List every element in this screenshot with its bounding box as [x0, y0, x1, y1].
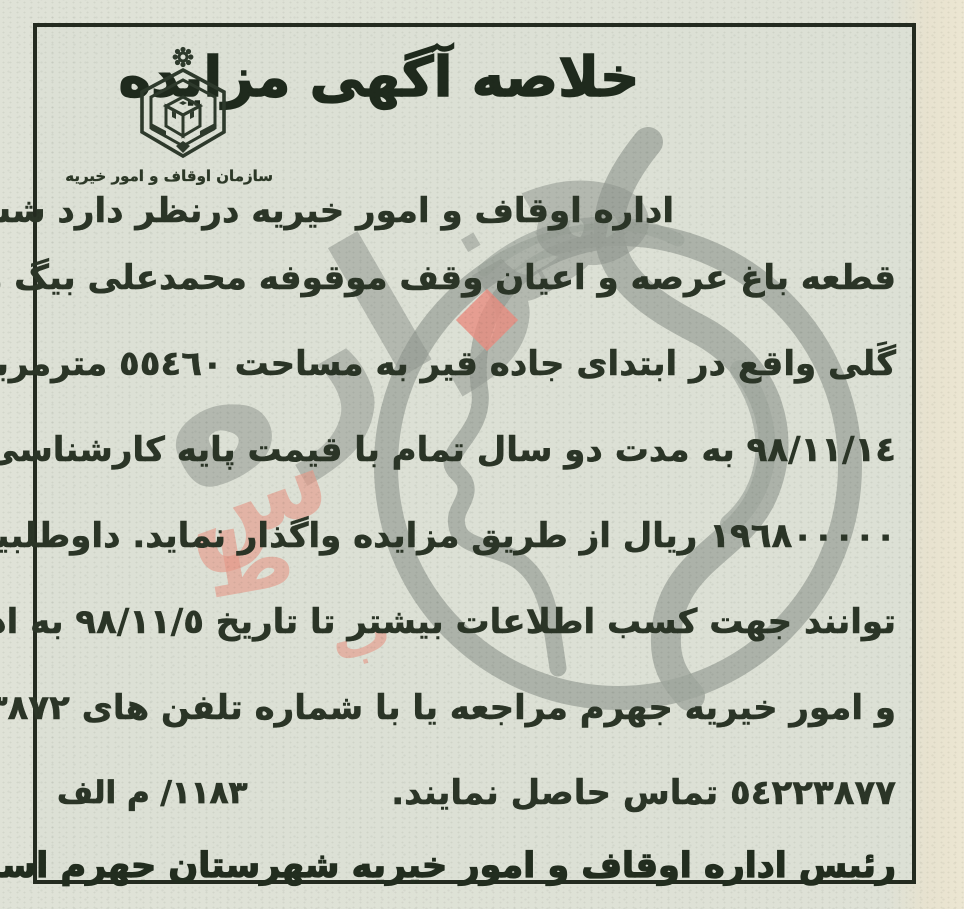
notice-content: سازمان اوقاف و امور خیریه خلاصه آگهی مزا… [37, 27, 912, 905]
closing-line: ٥٤٢٢٣٨٧٧ تماس حاصل نمایند. [391, 773, 896, 813]
awqaf-org-emblem: سازمان اوقاف و امور خیریه [93, 45, 273, 185]
newspaper-page: { "notice": { "title": "خلاصه آگهی مزاید… [0, 0, 964, 909]
body-line: ٩٨/١١/١٤ به مدت دو سال تمام با قیمت پایه… [57, 407, 896, 493]
body-line: و امور خیریه جهرم مراجعه یا با شماره تلف… [57, 665, 896, 751]
notice-header: سازمان اوقاف و امور خیریه خلاصه آگهی مزا… [57, 43, 896, 235]
body-line: قطعه باغ عرصه و اعیان وقف موقوفه محمدعلی… [57, 235, 896, 321]
signature-line: رئیس اداره اوقاف و امور خیریه شهرستان جه… [57, 835, 896, 905]
closing-row: ٥٤٢٢٣٨٧٧ تماس حاصل نمایند. ١١٨٣/ م الف [57, 751, 896, 835]
awqaf-emblem-icon [117, 45, 249, 163]
body-line: توانند جهت کسب اطلاعات بیشتر تا تاریخ ٩٨… [57, 579, 896, 665]
body-line: گَلی واقع در ابتدای جاده قیر به مساحت ٥٥… [57, 321, 896, 407]
ad-license-ref-code: ١١٨٣/ م الف [57, 775, 248, 811]
intro-line: اداره اوقاف و امور خیریه درنظر دارد ششدا… [61, 181, 674, 241]
body-line: ١٩٦٨٠٠٠٠٠ ریال از طریق مزایده واگذار نما… [57, 493, 896, 579]
auction-notice-box: هزاره س ط ب [33, 23, 916, 884]
